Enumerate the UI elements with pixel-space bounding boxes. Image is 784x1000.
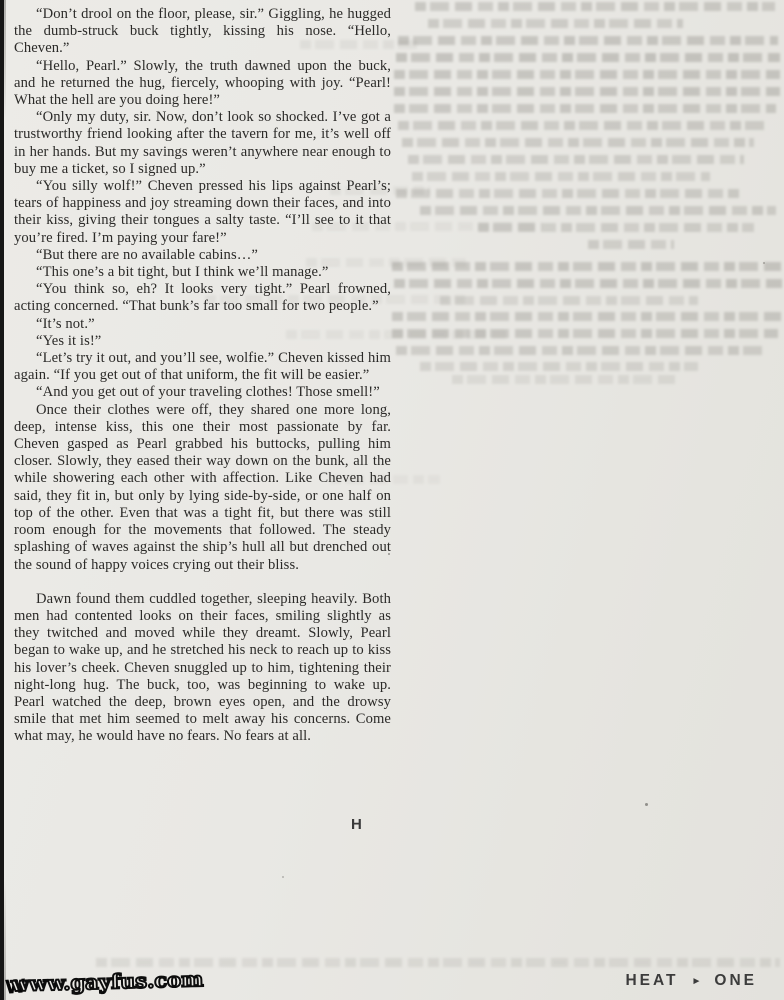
paper-speck (645, 803, 648, 806)
bleed-through-line (396, 53, 780, 62)
bleed-through-line (402, 138, 754, 147)
story-text: “Don’t drool on the floor, please, sir.”… (14, 6, 391, 746)
paragraph: Dawn found them cuddled together, sleepi… (14, 591, 391, 746)
paragraph: “Yes it is!” (14, 333, 391, 350)
paragraph: Once their clothes were off, they shared… (14, 402, 391, 574)
paragraph: “And you get out of your traveling cloth… (14, 384, 391, 401)
paragraph: “You think so, eh? It looks very tight.”… (14, 281, 391, 315)
document-page: “Don’t drool on the floor, please, sir.”… (0, 0, 784, 1000)
paragraph: “This one’s a bit tight, but I think we’… (14, 264, 391, 281)
paragraph: “But there are no available cabins…” (14, 247, 391, 264)
bleed-through-line (396, 189, 740, 198)
paragraph: “Don’t drool on the floor, please, sir.”… (14, 6, 391, 58)
bleed-through-line (452, 375, 678, 384)
bleed-through-line (408, 155, 744, 164)
bleed-through-line (392, 329, 778, 338)
bleed-through-line (392, 262, 782, 271)
bleed-through-line (440, 296, 698, 305)
bleed-through-line (588, 240, 674, 249)
bleed-through-line (394, 87, 780, 96)
bleed-through-line (398, 121, 766, 130)
paragraph: “You silly wolf!” Cheven pressed his lip… (14, 178, 391, 247)
paper-speck (282, 876, 284, 878)
bleed-through-line (394, 104, 776, 113)
bleed-through-line (398, 36, 778, 45)
running-footer: HEAT ► ONE (625, 972, 757, 990)
paragraph: “Let’s try it out, and you’ll see, wolfi… (14, 350, 391, 384)
bleed-through-line (428, 19, 683, 28)
bleed-through-line (396, 346, 766, 355)
bleed-through-line (392, 312, 782, 321)
arrow-right-icon: ► (692, 976, 702, 987)
bleed-through-line (394, 279, 782, 288)
paragraph: “Hello, Pearl.” Slowly, the truth dawned… (14, 58, 391, 110)
bleed-through-line (96, 958, 780, 967)
bleed-through-line (415, 2, 775, 11)
bleed-through-line (420, 362, 698, 371)
end-of-story-mark: H (351, 816, 363, 833)
bleed-through-line (412, 172, 710, 181)
footer-book-title: HEAT (625, 972, 678, 990)
paragraph: “It’s not.” (14, 316, 391, 333)
scan-edge (0, 0, 4, 1000)
footer-chapter-number: ONE (714, 972, 757, 990)
watermark: www.gayfus.com (11, 967, 204, 996)
bleed-through-line (394, 70, 780, 79)
paper-speck (763, 262, 765, 264)
bleed-through-line (420, 206, 776, 215)
bleed-through-line (478, 223, 754, 232)
paragraph: “Only my duty, sir. Now, don’t look so s… (14, 109, 391, 178)
